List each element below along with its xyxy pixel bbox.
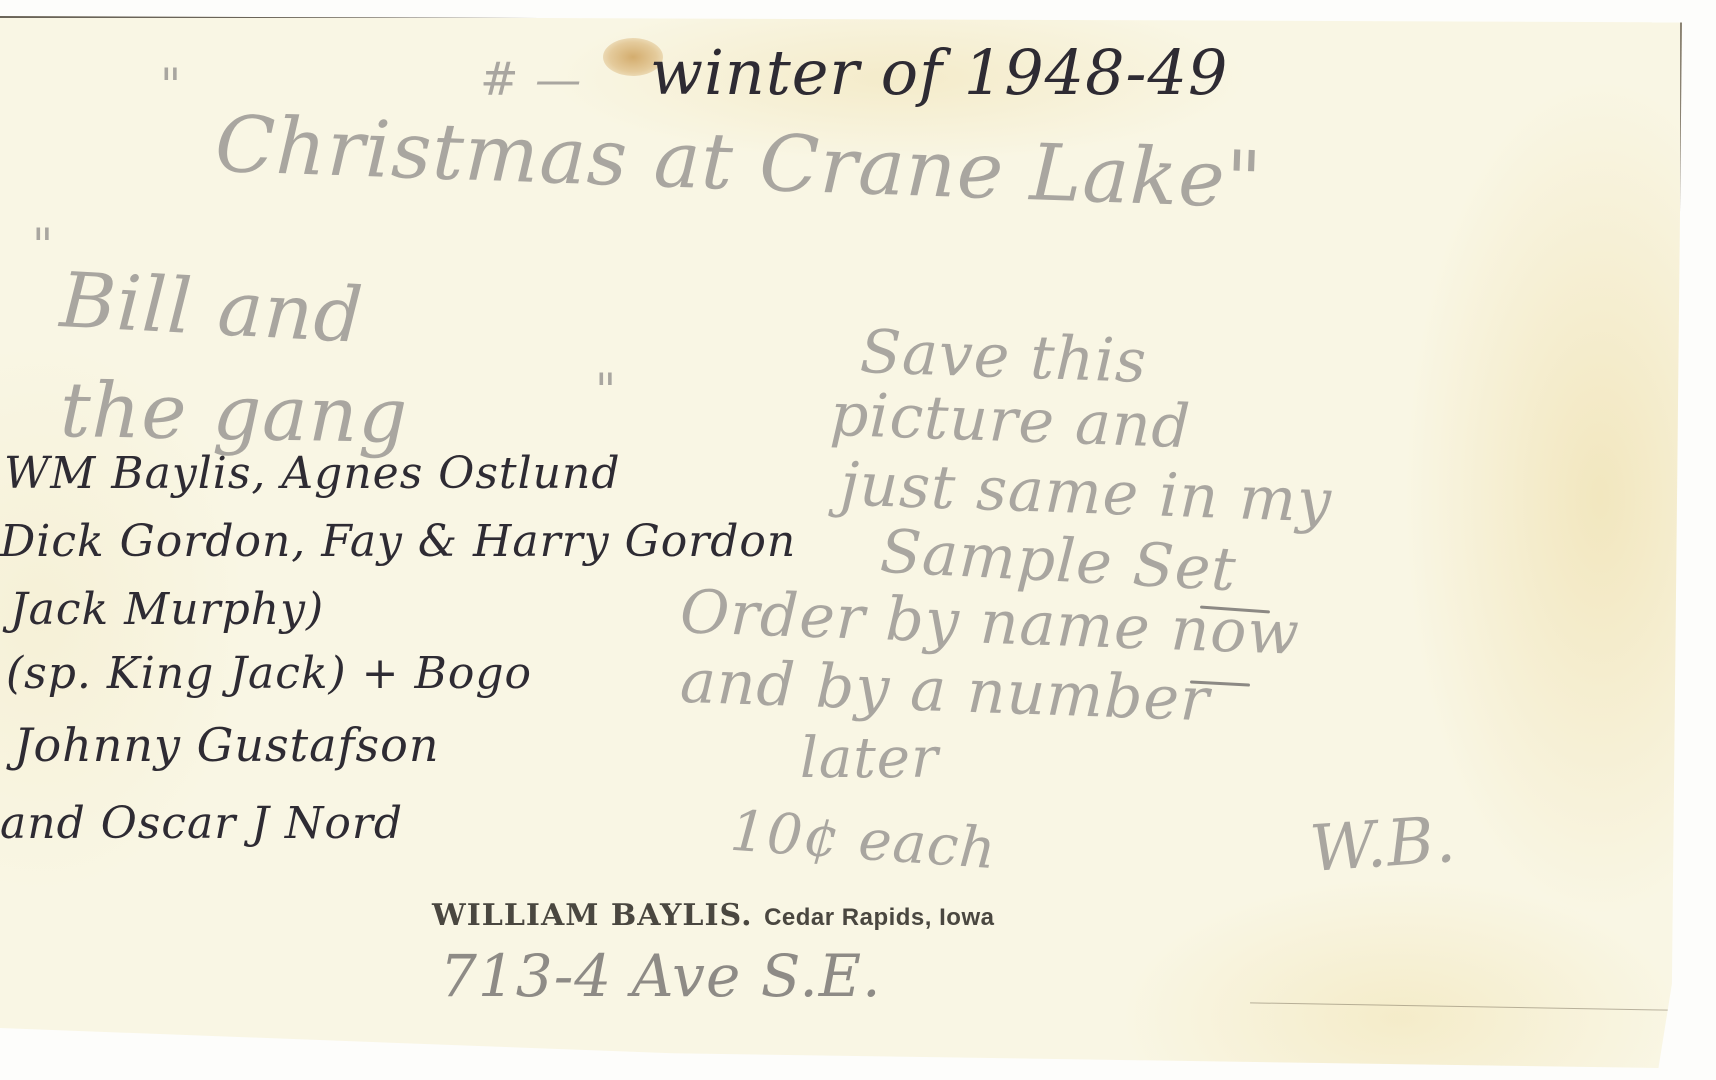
caption-open-quote: " xyxy=(32,218,54,272)
paper-crease xyxy=(1250,1002,1670,1013)
names-line-1: WM Baylis, Agnes Ostlund xyxy=(4,448,621,499)
names-line-5: Johnny Gustafson xyxy=(14,718,439,772)
names-line-2: Dick Gordon, Fay & Harry Gordon xyxy=(0,516,796,567)
header-open-quote: " xyxy=(160,58,182,112)
number-mark: # — xyxy=(480,52,582,106)
names-line-6: and Oscar J Nord xyxy=(0,798,403,849)
caption-close-quote: " xyxy=(595,363,617,417)
imprint-place: Cedar Rapids, Iowa xyxy=(764,904,994,931)
note-initials: W.B. xyxy=(1308,803,1459,887)
scanned-photo-back: " # — winter of 1948-49 Christmas at Cra… xyxy=(0,0,1716,1080)
note-line-7: later xyxy=(800,726,939,791)
photo-title: Christmas at Crane Lake" xyxy=(214,100,1264,227)
paper-card: " # — winter of 1948-49 Christmas at Cra… xyxy=(0,16,1682,1068)
imprint-address: 713-4 Ave S.E. xyxy=(440,942,882,1010)
caption-line-2: the gang xyxy=(59,365,409,460)
note-line-2: picture and xyxy=(829,380,1192,463)
caption-line-1: Bill and xyxy=(58,255,366,360)
note-price: 10¢ each xyxy=(728,799,999,882)
photographer-imprint: WILLIAM BAYLIS. Cedar Rapids, Iowa xyxy=(432,898,994,933)
date-note: winter of 1948-49 xyxy=(650,36,1228,109)
names-line-3: Jack Murphy) xyxy=(10,584,324,635)
imprint-name: WILLIAM BAYLIS. xyxy=(432,898,753,933)
names-line-4: (sp. King Jack) + Bogo xyxy=(6,648,532,699)
